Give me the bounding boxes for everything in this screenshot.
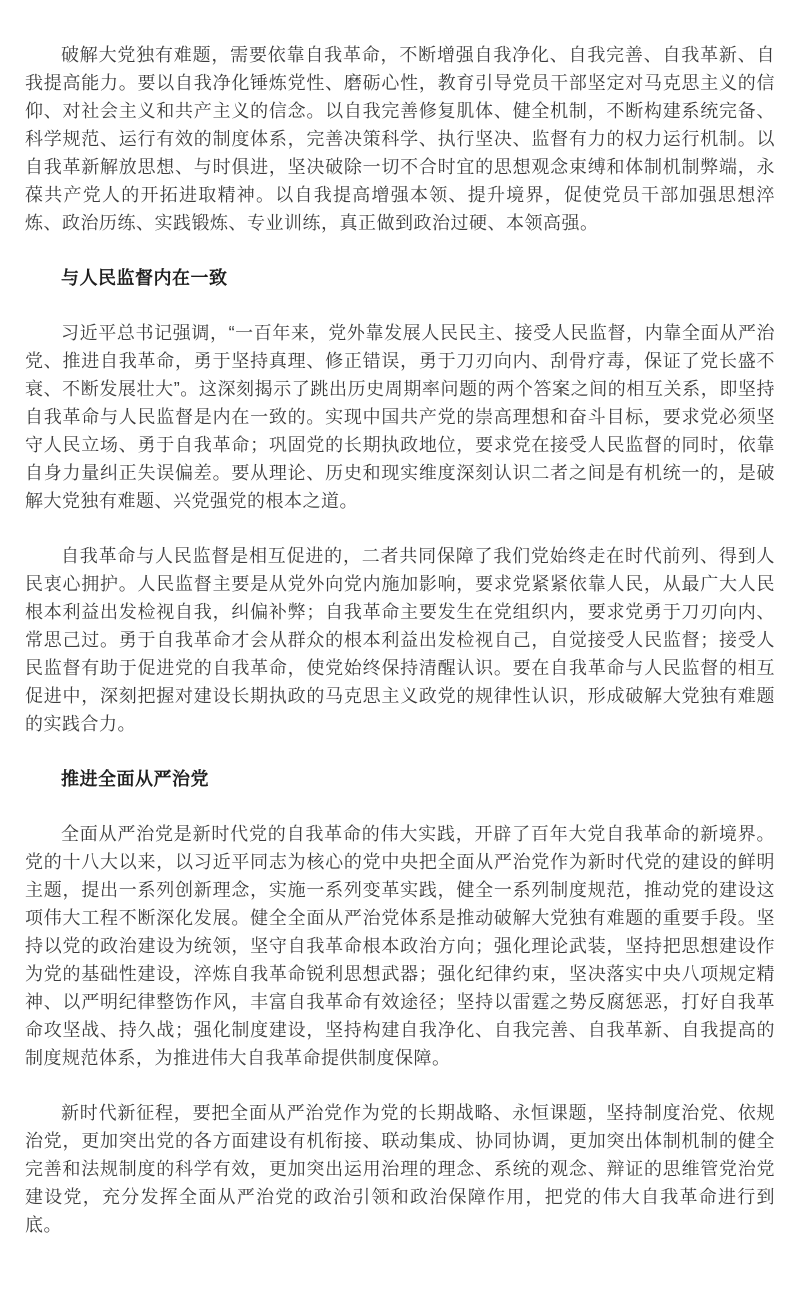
section-heading-strict-governance: 推进全面从严治党 [25,765,775,793]
paragraph-new-era-journey: 新时代新征程，要把全面从严治党作为党的长期战略、永恒课题，坚持制度治党、依规治党… [25,1099,775,1239]
paragraph-quote-xi: 习近平总书记强调，“一百年来，党外靠发展人民民主、接受人民监督，内靠全面从严治党… [25,319,775,515]
section-heading-people-supervision: 与人民监督内在一致 [25,264,775,292]
paragraph-strict-governance-practice: 全面从严治党是新时代党的自我革命的伟大实践，开辟了百年大党自我革命的新境界。党的… [25,820,775,1072]
paragraph-mutual-promotion: 自我革命与人民监督是相互促进的，二者共同保障了我们党始终走在时代前列、得到人民衷… [25,542,775,738]
article-body: 破解大党独有难题，需要依靠自我革命，不断增强自我净化、自我完善、自我革新、自我提… [0,0,800,1306]
paragraph-intro: 破解大党独有难题，需要依靠自我革命，不断增强自我净化、自我完善、自我革新、自我提… [25,41,775,237]
